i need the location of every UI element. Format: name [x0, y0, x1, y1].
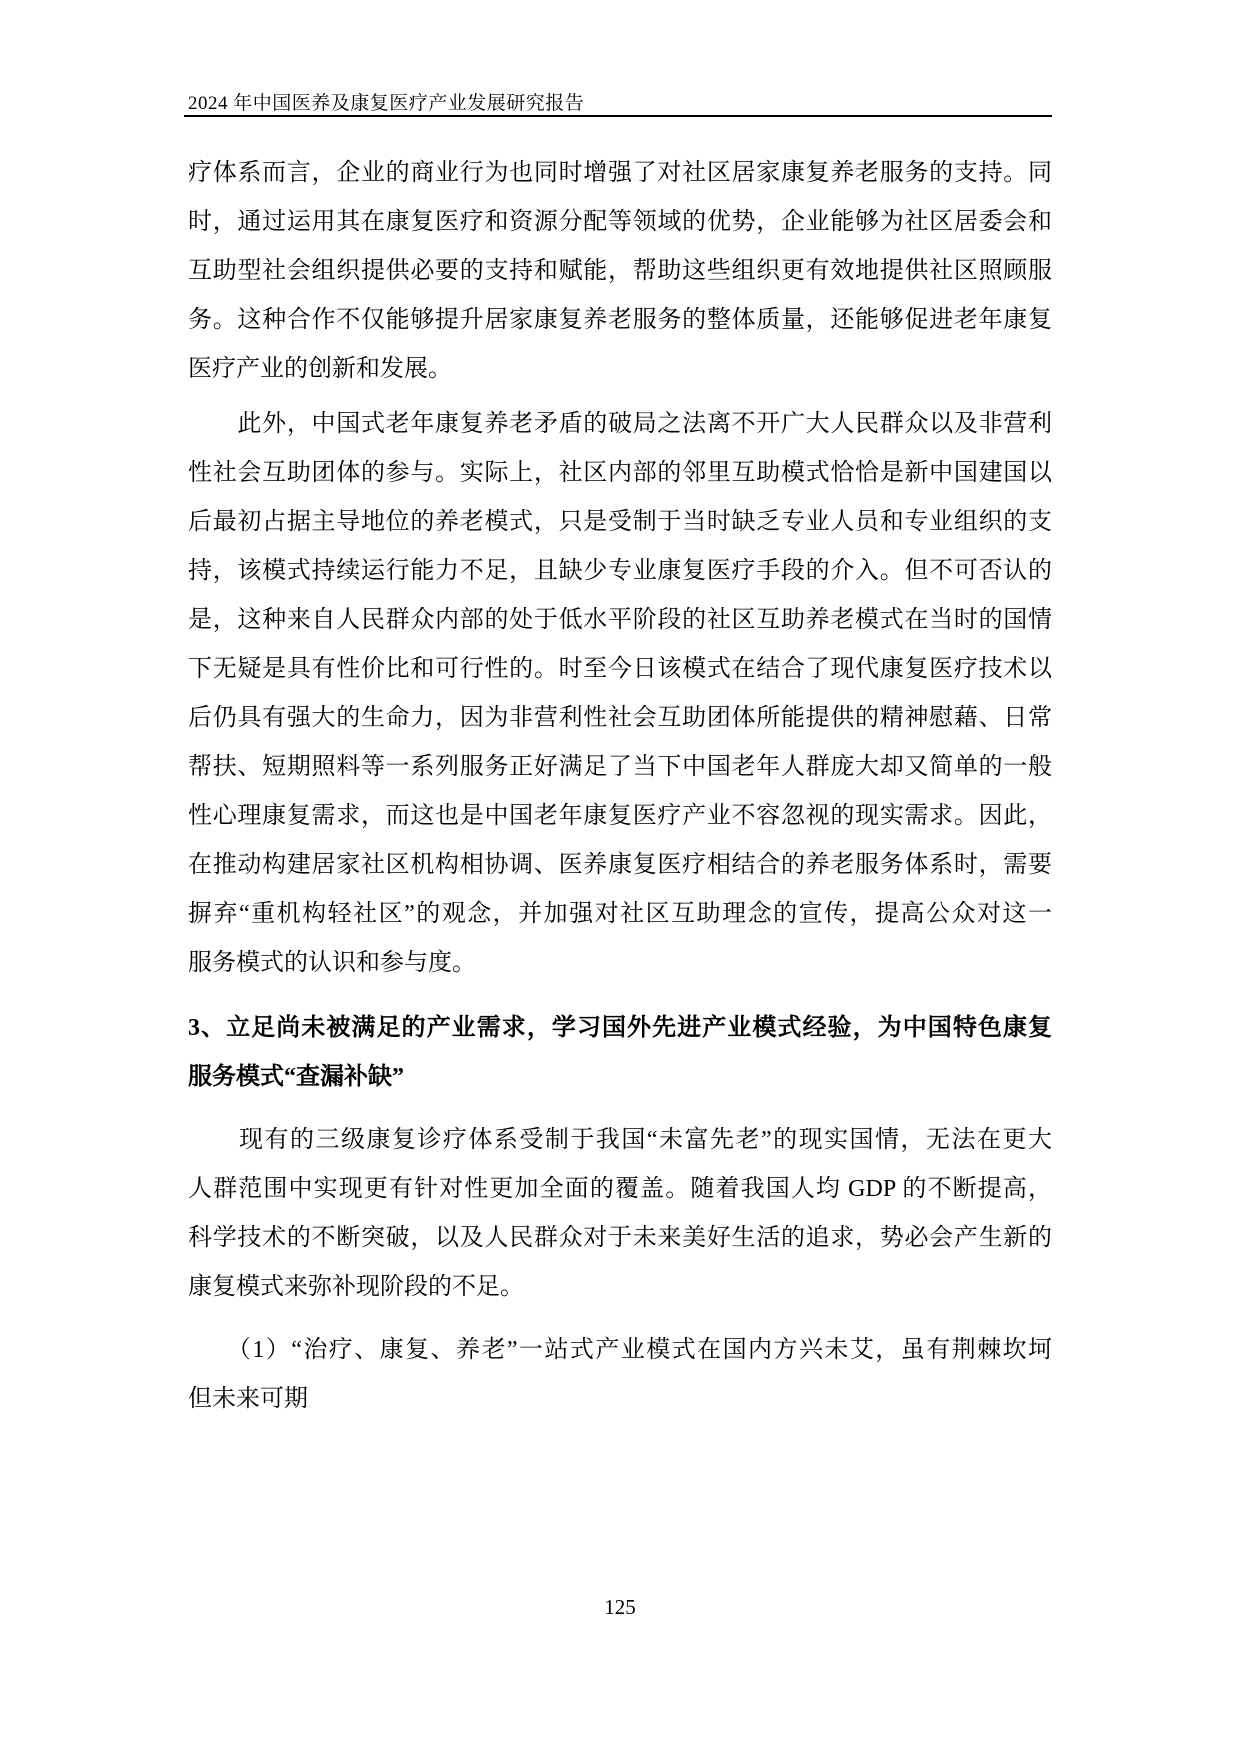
text-line: 现有的三级康复诊疗体系受制于我国“未富先老”的现实国情，无法在更大	[188, 1116, 1052, 1165]
paragraph: 现有的三级康复诊疗体系受制于我国“未富先老”的现实国情，无法在更大人群范围中实现…	[188, 1116, 1052, 1312]
paragraph: （1）“治疗、康复、养老”一站式产业模式在国内方兴未艾，虽有荆棘坎坷但未来可期	[188, 1326, 1052, 1424]
text-line: 康复模式来弥补现阶段的不足。	[188, 1263, 1052, 1312]
text-line: 性社会互助团体的参与。实际上，社区内部的邻里互助模式恰恰是新中国建国以	[188, 449, 1052, 498]
text-line: 帮扶、短期照料等一系列服务正好满足了当下中国老年人群庞大却又简单的一般	[188, 743, 1052, 792]
text-line: 服务模式“查漏补缺”	[188, 1053, 1052, 1102]
document-body: 疗体系而言，企业的商业行为也同时增强了对社区居家康复养老服务的支持。同时，通过运…	[188, 149, 1052, 1424]
text-line: （1）“治疗、康复、养老”一站式产业模式在国内方兴未艾，虽有荆棘坎坷	[188, 1326, 1052, 1375]
page-number: 125	[604, 1595, 636, 1619]
text-line: 后最初占据主导地位的养老模式，只是受制于当时缺乏专业人员和专业组织的支	[188, 498, 1052, 547]
text-line: 务。这种合作不仅能够提升居家康复养老服务的整体质量，还能够促进老年康复	[188, 296, 1052, 345]
report-page: 2024 年中国医养及康复医疗产业发展研究报告 疗体系而言，企业的商业行为也同时…	[0, 0, 1240, 1754]
header-rule	[184, 115, 1052, 117]
text-line: 科学技术的不断突破，以及人民群众对于未来美好生活的追求，势必会产生新的	[188, 1214, 1052, 1263]
text-line: 时，通过运用其在康复医疗和资源分配等领域的优势，企业能够为社区居委会和	[188, 198, 1052, 247]
text-line: 持，该模式持续运行能力不足，且缺少专业康复医疗手段的介入。但不可否认的	[188, 547, 1052, 596]
text-line: 后仍具有强大的生命力，因为非营利性社会互助团体所能提供的精神慰藉、日常	[188, 694, 1052, 743]
text-line: 互助型社会组织提供必要的支持和赋能，帮助这些组织更有效地提供社区照顾服	[188, 247, 1052, 296]
text-line: 摒弃“重机构轻社区”的观念，并加强对社区互助理念的宣传，提高公众对这一	[188, 890, 1052, 939]
page-header-title: 2024 年中国医养及康复医疗产业发展研究报告	[188, 88, 584, 115]
section-heading: 3、立足尚未被满足的产业需求，学习国外先进产业模式经验，为中国特色康复服务模式“…	[188, 1004, 1052, 1102]
text-line: 人群范围中实现更有针对性更加全面的覆盖。随着我国人均 GDP 的不断提高，	[188, 1165, 1052, 1214]
text-line: 服务模式的认识和参与度。	[188, 939, 1052, 988]
text-line: 3、立足尚未被满足的产业需求，学习国外先进产业模式经验，为中国特色康复	[188, 1004, 1052, 1053]
text-line: 此外，中国式老年康复养老矛盾的破局之法离不开广大人民群众以及非营利	[188, 400, 1052, 449]
text-line: 是，这种来自人民群众内部的处于低水平阶段的社区互助养老模式在当时的国情	[188, 596, 1052, 645]
paragraph: 疗体系而言，企业的商业行为也同时增强了对社区居家康复养老服务的支持。同时，通过运…	[188, 149, 1052, 394]
text-line: 在推动构建居家社区机构相协调、医养康复医疗相结合的养老服务体系时，需要	[188, 841, 1052, 890]
page-footer: 125	[0, 1595, 1240, 1620]
text-line: 但未来可期	[188, 1375, 1052, 1424]
text-line: 下无疑是具有性价比和可行性的。时至今日该模式在结合了现代康复医疗技术以	[188, 645, 1052, 694]
text-line: 性心理康复需求，而这也是中国老年康复医疗产业不容忽视的现实需求。因此，	[188, 792, 1052, 841]
text-line: 疗体系而言，企业的商业行为也同时增强了对社区居家康复养老服务的支持。同	[188, 149, 1052, 198]
text-line: 医疗产业的创新和发展。	[188, 345, 1052, 394]
paragraph: 此外，中国式老年康复养老矛盾的破局之法离不开广大人民群众以及非营利性社会互助团体…	[188, 400, 1052, 988]
